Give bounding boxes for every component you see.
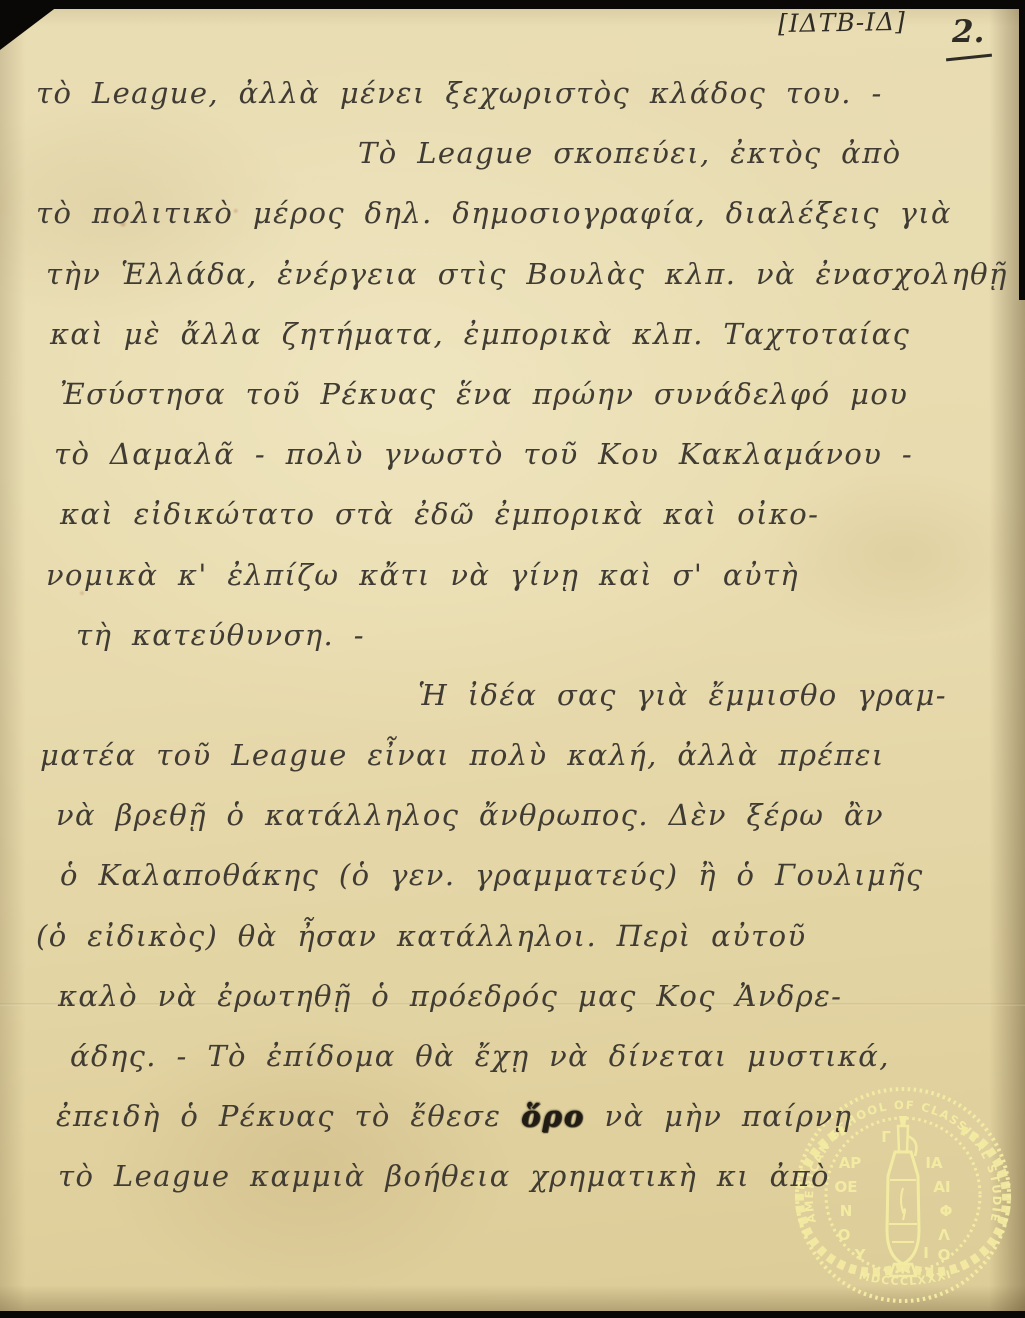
archival-annotation: [ΙΔΤΒ-ΙΔ] [778, 7, 906, 38]
handwritten-line: τὴ κατεύθυνση. - [28, 608, 997, 668]
seal-letter: Ι [923, 1244, 929, 1262]
handwritten-line: Ἡ ἰδέα σας γιὰ ἔμμισθο γραμ- [28, 668, 997, 728]
handwritten-line: ἐπειδὴ ὁ Ρέκυας τὸ ἔθεσε ὅρο νὰ μὴν παίρ… [28, 1089, 997, 1149]
scan-edge-bottom [0, 1311, 1025, 1318]
handwritten-line: τὸ πολιτικὸ μέρος δηλ. δημοσιογραφία, δι… [28, 186, 997, 246]
handwritten-line: νὰ βρεθῇ ὁ κατάλληλος ἄνθρωπος. Δὲν ξέρω… [28, 788, 997, 848]
handwritten-line: Τὸ League σκοπεύει, ἐκτὸς ἀπὸ [28, 126, 997, 186]
scan-edge-top [0, 0, 1025, 9]
handwritten-line: τὸ Δαμαλᾶ - πολὺ γνωστὸ τοῦ Κου Κακλαμάν… [28, 427, 997, 487]
handwritten-line: καὶ μὲ ἄλλα ζητήματα, ἐμπορικὰ κλπ. Ταχτ… [28, 307, 997, 367]
seal-letter: Ο [838, 1226, 851, 1244]
handwritten-line: καὶ εἰδικώτατο στὰ ἐδῶ ἐμπορικὰ καὶ οἰκο… [28, 487, 997, 547]
handwritten-line: τὸ League, ἀλλὰ μένει ξεχωριστὸς κλάδος … [28, 66, 997, 126]
seal-letter: Λ [938, 1226, 950, 1244]
handwritten-line: ὁ Καλαποθάκης (ὁ γεν. γραμματεύς) ἢ ὁ Γο… [28, 848, 997, 908]
handwritten-line: Ἐσύστησα τοῦ Ρέκυας ἕνα πρώην συνάδελφό … [28, 367, 997, 427]
seal-letter: Ο [938, 1246, 951, 1264]
scanned-letter-page: [ΙΔΤΒ-ΙΔ] 2. [0, 0, 1025, 1318]
page-number: 2. [952, 14, 984, 50]
handwritten-line: τὴν Ἑλλάδα, ἐνέργεια στὶς Βουλὰς κλπ. νὰ… [28, 247, 997, 307]
handwritten-line: καλὸ νὰ ἐρωτηθῇ ὁ πρόεδρός μας Κος Ἀνδρε… [28, 969, 997, 1029]
handwritten-line: άδης. - Τὸ ἐπίδομα θὰ ἔχῃ νὰ δίνεται μυσ… [28, 1029, 997, 1089]
handwritten-line: ματέα τοῦ League εἶναι πολὺ καλή, ἀλλὰ π… [28, 728, 997, 788]
handwritten-line: (ὁ εἰδικὸς) θὰ ἦσαν κατάλληλοι. Περὶ αὐτ… [28, 909, 997, 969]
scan-edge-right [1019, 0, 1025, 300]
letter-body: τὸ League, ἀλλὰ μένει ξεχωριστὸς κλάδος … [0, 66, 1025, 1210]
seal-letter: Υ [854, 1246, 867, 1264]
handwritten-line: τὸ League καμμιὰ βοήθεια χρηματικὴ κι ἀπ… [28, 1149, 997, 1209]
handwritten-line: νομικὰ κ' ἐλπίζω κἄτι νὰ γίνῃ καὶ σ' αὐτ… [28, 548, 997, 608]
